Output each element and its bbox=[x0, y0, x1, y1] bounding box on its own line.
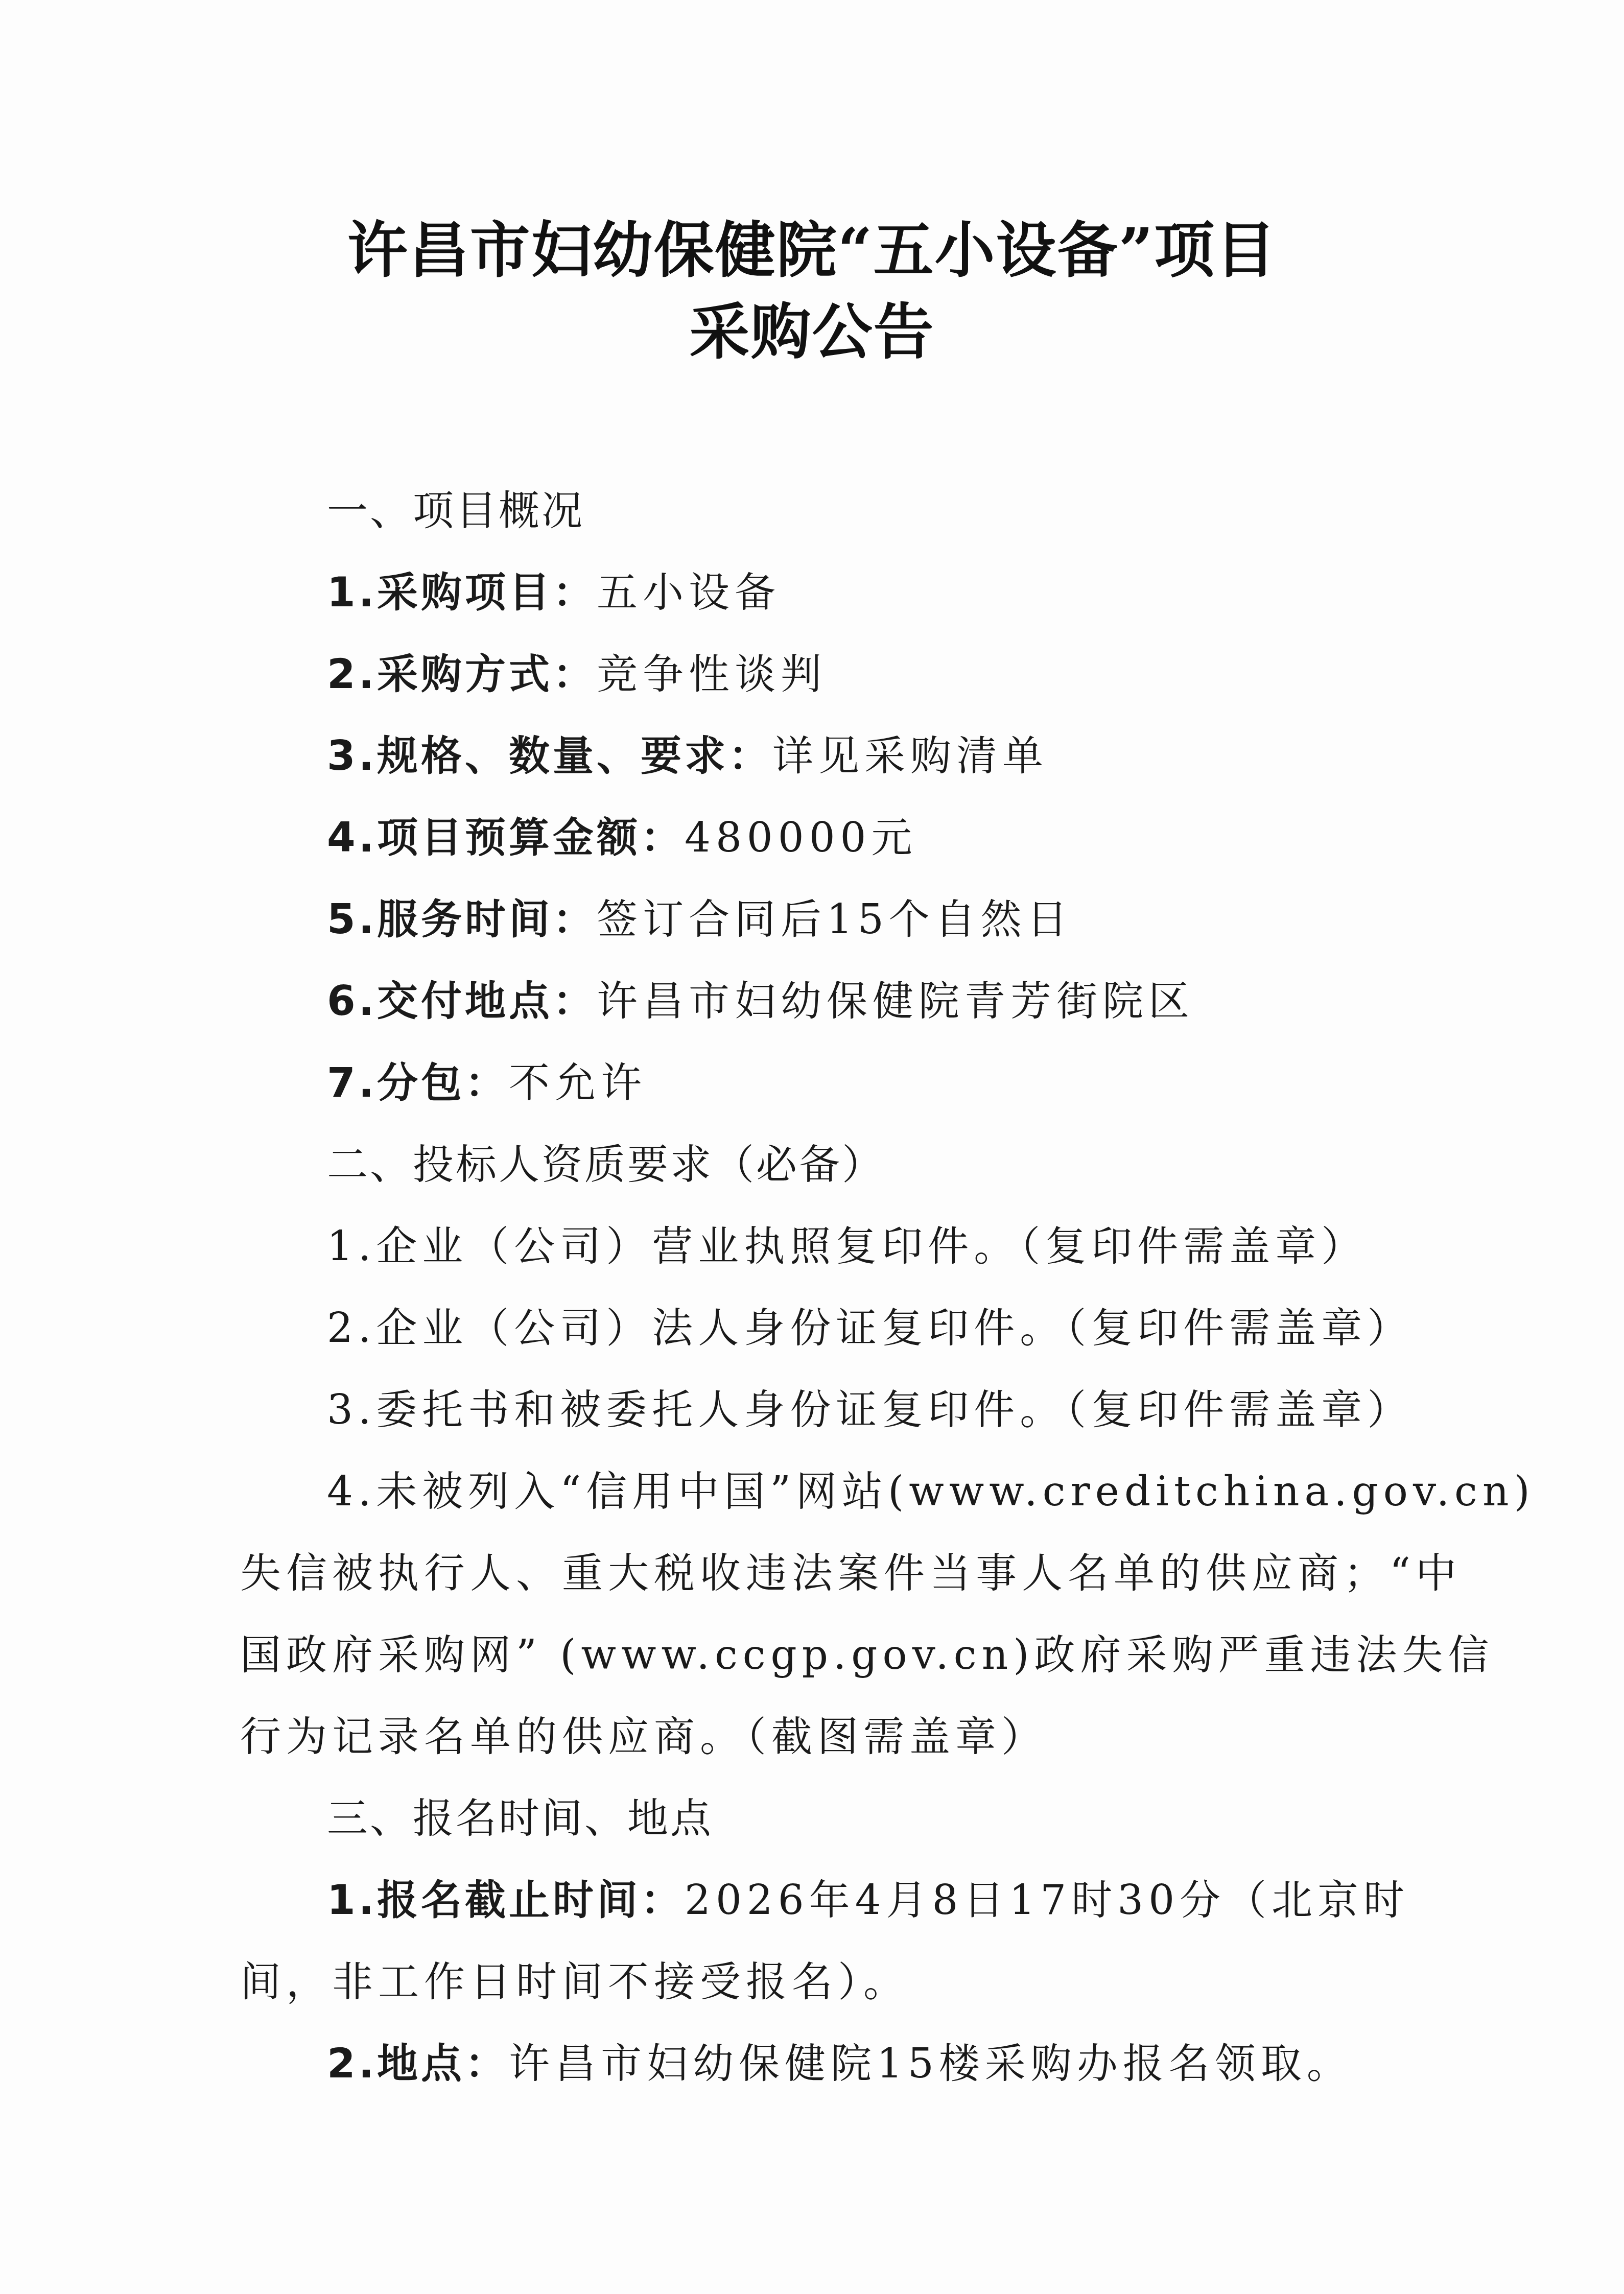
overview-item: 5.服务时间：签订合同后15个自然日 bbox=[327, 886, 1073, 945]
item-value: 签订合同后15个自然日 bbox=[597, 895, 1073, 943]
document-subtitle: 采购公告 bbox=[0, 283, 1624, 370]
deadline-label: 1.报名截止时间： bbox=[327, 1876, 685, 1924]
section-heading-registration: 三、报名时间、地点 bbox=[327, 1785, 713, 1844]
overview-item: 3.规格、数量、要求：详见采购清单 bbox=[327, 723, 1048, 782]
deadline-value: 2026年4月8日17时30分（北京时 bbox=[685, 1876, 1409, 1924]
qualification-item-4-line4: 行为记录名单的供应商。（截图需盖章） bbox=[240, 1704, 1047, 1762]
item-value: 480000元 bbox=[685, 814, 917, 861]
item-value: 五小设备 bbox=[597, 569, 781, 616]
item-label: 2.采购方式： bbox=[327, 650, 597, 698]
overview-item: 1.采购项目：五小设备 bbox=[327, 559, 781, 618]
qualification-item-4-line2: 失信被执行人、重大税收违法案件当事人名单的供应商；“中 bbox=[240, 1540, 1462, 1599]
item-label: 3.规格、数量、要求： bbox=[327, 732, 772, 779]
qualification-item: 3.委托书和被委托人身份证复印件。（复印件需盖章） bbox=[327, 1377, 1413, 1435]
overview-item: 6.交付地点：许昌市妇幼保健院青芳街院区 bbox=[327, 968, 1194, 1027]
section-heading-overview: 一、项目概况 bbox=[327, 478, 584, 536]
item-label: 7.分包： bbox=[327, 1059, 509, 1106]
item-label: 4.项目预算金额： bbox=[327, 814, 685, 861]
registration-location: 2.地点：许昌市妇幼保健院15楼采购办报名领取。 bbox=[327, 2030, 1353, 2089]
registration-deadline-cont: 间，非工作日时间不接受报名）。 bbox=[240, 1949, 909, 2007]
document-page: 许昌市妇幼保健院“五小设备”项目 采购公告 一、项目概况 1.采购项目：五小设备… bbox=[0, 0, 1624, 2294]
item-value: 竞争性谈判 bbox=[597, 650, 827, 698]
qualification-item: 2.企业（公司）法人身份证复印件。（复印件需盖章） bbox=[327, 1295, 1413, 1354]
item-value: 许昌市妇幼保健院青芳街院区 bbox=[597, 977, 1194, 1025]
item-label: 6.交付地点： bbox=[327, 977, 597, 1025]
qualification-item-4-line1: 4.未被列入“信用中国”网站(www.creditchina.gov.cn) bbox=[327, 1458, 1535, 1517]
item-label: 1.采购项目： bbox=[327, 569, 597, 616]
item-label: 5.服务时间： bbox=[327, 895, 597, 943]
qualification-item-4-line3: 国政府采购网” (www.ccgp.gov.cn)政府采购严重违法失信 bbox=[240, 1622, 1494, 1681]
overview-item: 7.分包：不允许 bbox=[327, 1050, 647, 1108]
item-value: 详见采购清单 bbox=[772, 732, 1048, 779]
overview-item: 4.项目预算金额：480000元 bbox=[327, 805, 917, 863]
overview-item: 2.采购方式：竞争性谈判 bbox=[327, 641, 827, 700]
item-value: 不允许 bbox=[509, 1059, 647, 1106]
document-title: 许昌市妇幼保健院“五小设备”项目 bbox=[0, 202, 1624, 289]
location-label: 2.地点： bbox=[327, 2040, 509, 2087]
section-heading-qualifications: 二、投标人资质要求（必备） bbox=[327, 1131, 885, 1190]
location-value: 许昌市妇幼保健院15楼采购办报名领取。 bbox=[509, 2040, 1353, 2087]
qualification-item: 1.企业（公司）营业执照复印件。（复印件需盖章） bbox=[327, 1213, 1367, 1272]
registration-deadline: 1.报名截止时间：2026年4月8日17时30分（北京时 bbox=[327, 1867, 1409, 1926]
